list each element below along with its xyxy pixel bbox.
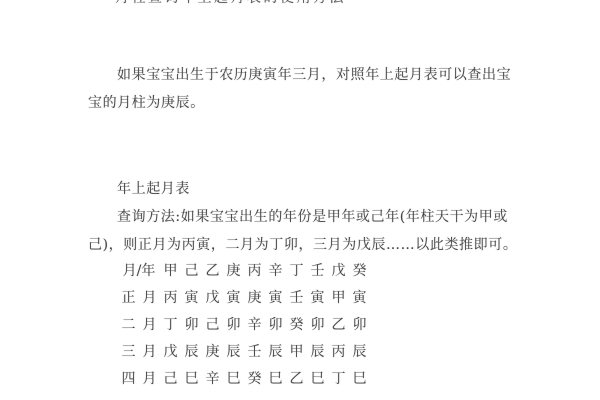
table-cell: 月 — [139, 287, 160, 307]
table-header-cell: 己 — [181, 260, 202, 280]
table-cell: 辰 — [349, 341, 370, 361]
document-page: 月柱查询年上起月表的使用方法 如果宝宝出生于农历庚寅年三月，对照年上起月表可以查… — [0, 0, 600, 400]
table-cell: 壬 — [244, 341, 265, 361]
table-row: 四月己巳辛巳癸巳乙巳丁巳 — [118, 364, 370, 391]
table-cell: 巳 — [265, 368, 286, 388]
section-heading-wrap: 年上起月表 — [88, 175, 190, 203]
table-cell: 卯 — [307, 314, 328, 334]
clipped-top-text-line: 月柱查询年上起月表的使用方法 — [115, 0, 346, 5]
paragraph-line: 己)，则正月为丙寅，二月为丁卯，三月为戊辰……以此类推即可。 — [88, 231, 528, 259]
table-row: 正月丙寅戊寅庚寅壬寅甲寅 — [118, 283, 370, 310]
table-cell: 辰 — [223, 341, 244, 361]
table-header-row: 月/年甲己乙庚丙辛丁壬戊癸 — [118, 256, 370, 283]
table-cell: 卯 — [181, 314, 202, 334]
table-header-cell: 丁 — [286, 260, 307, 280]
table-header-cell: 月/年 — [118, 260, 160, 280]
table-cell: 寅 — [223, 287, 244, 307]
table-cell: 正 — [118, 287, 139, 307]
table-cell: 巳 — [349, 368, 370, 388]
table-cell: 庚 — [244, 287, 265, 307]
table-header-cell: 乙 — [202, 260, 223, 280]
paragraph-line: 查询方法:如果宝宝出生的年份是甲年或己年(年柱天干为甲或 — [88, 203, 528, 231]
table-cell: 巳 — [223, 368, 244, 388]
table-cell: 辛 — [202, 368, 223, 388]
table-cell: 丁 — [328, 368, 349, 388]
table-cell: 二 — [118, 314, 139, 334]
table-header-cell: 癸 — [349, 260, 370, 280]
table-header-cell: 辛 — [265, 260, 286, 280]
table-cell: 甲 — [328, 287, 349, 307]
table-cell: 乙 — [328, 314, 349, 334]
table-cell: 丙 — [160, 287, 181, 307]
table-cell: 辰 — [181, 341, 202, 361]
table-cell: 癸 — [286, 314, 307, 334]
table-cell: 辰 — [265, 341, 286, 361]
table-cell: 丙 — [328, 341, 349, 361]
table-cell: 戊 — [160, 341, 181, 361]
table-row: 二月丁卯己卯辛卯癸卯乙卯 — [118, 310, 370, 337]
paragraph-month-pillar-example: 如果宝宝出生于农历庚寅年三月，对照年上起月表可以查出宝 宝的月柱为庚辰。 — [88, 61, 528, 117]
table-cell: 四 — [118, 368, 139, 388]
table-cell: 癸 — [244, 368, 265, 388]
table-cell: 甲 — [286, 341, 307, 361]
table-cell: 辛 — [244, 314, 265, 334]
table-cell: 卯 — [265, 314, 286, 334]
month-table: 月/年甲己乙庚丙辛丁壬戊癸正月丙寅戊寅庚寅壬寅甲寅二月丁卯己卯辛卯癸卯乙卯三月戊… — [118, 256, 370, 391]
section-heading: 年上起月表 — [88, 175, 190, 203]
table-header-cell: 庚 — [223, 260, 244, 280]
table-cell: 寅 — [349, 287, 370, 307]
paragraph-query-method: 查询方法:如果宝宝出生的年份是甲年或己年(年柱天干为甲或 己)，则正月为丙寅，二… — [88, 203, 528, 259]
table-cell: 丁 — [160, 314, 181, 334]
table-cell: 辰 — [307, 341, 328, 361]
table-cell: 己 — [202, 314, 223, 334]
table-cell: 巳 — [307, 368, 328, 388]
table-cell: 壬 — [286, 287, 307, 307]
table-header-cell: 壬 — [307, 260, 328, 280]
table-cell: 巳 — [181, 368, 202, 388]
table-cell: 己 — [160, 368, 181, 388]
paragraph-line: 宝的月柱为庚辰。 — [88, 89, 528, 117]
table-cell: 月 — [139, 341, 160, 361]
table-row: 三月戊辰庚辰壬辰甲辰丙辰 — [118, 337, 370, 364]
table-header-cell: 丙 — [244, 260, 265, 280]
table-cell: 寅 — [265, 287, 286, 307]
table-cell: 戊 — [202, 287, 223, 307]
table-header-cell: 甲 — [160, 260, 181, 280]
table-cell: 月 — [139, 368, 160, 388]
table-cell: 月 — [139, 314, 160, 334]
table-cell: 卯 — [349, 314, 370, 334]
table-cell: 寅 — [181, 287, 202, 307]
table-cell: 寅 — [307, 287, 328, 307]
table-cell: 乙 — [286, 368, 307, 388]
table-cell: 三 — [118, 341, 139, 361]
table-header-cell: 戊 — [328, 260, 349, 280]
table-cell: 庚 — [202, 341, 223, 361]
table-cell: 卯 — [223, 314, 244, 334]
paragraph-line: 如果宝宝出生于农历庚寅年三月，对照年上起月表可以查出宝 — [88, 61, 528, 89]
